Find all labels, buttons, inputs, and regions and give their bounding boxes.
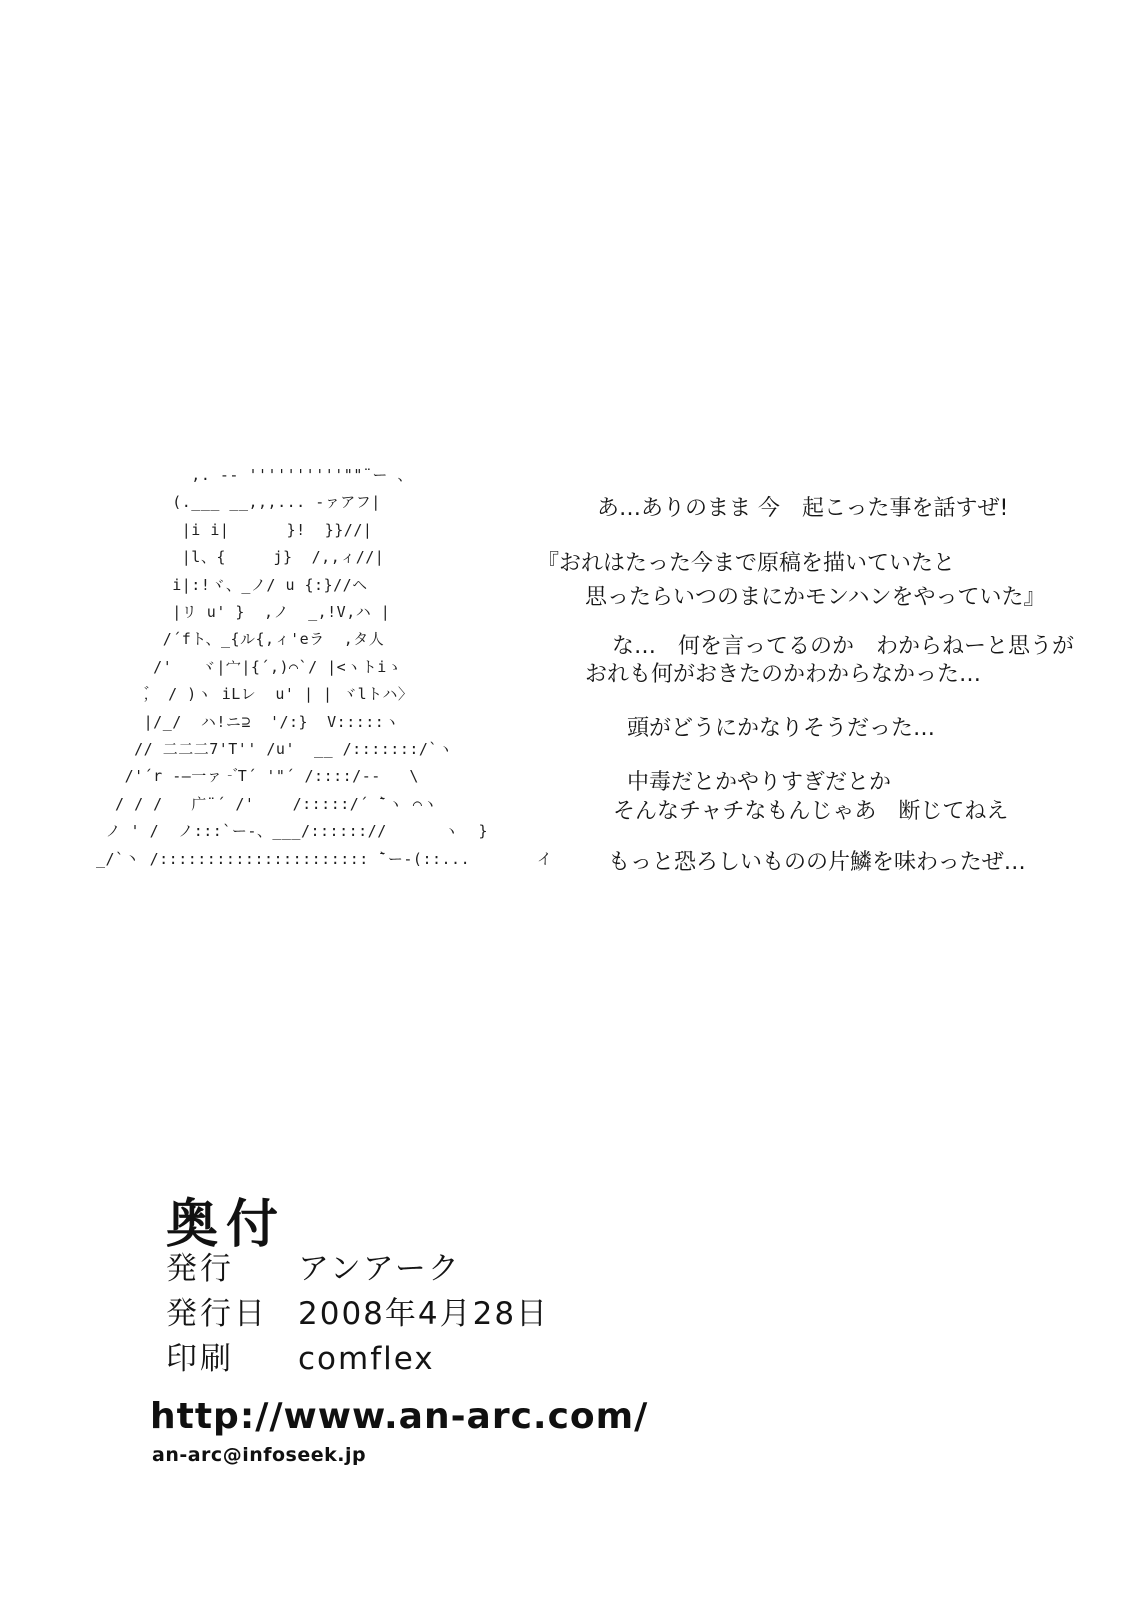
- colophon-entry-label: 発行日: [166, 1288, 298, 1333]
- joseph-joestar-ascii-art: ,. -- ''''''''''""¨ー 、 (.___ __,,,... -ァ…: [96, 462, 552, 873]
- dialogue-line: 思ったらいつのまにかモンハンをやっていた』: [585, 585, 1045, 611]
- colophon-entry-label: 印刷: [166, 1333, 298, 1378]
- dialogue-line: おれも何がおきたのかわからなかった…: [585, 662, 981, 688]
- dialogue-line: な… 何を言ってるのか わからねーと思うが: [612, 634, 1074, 660]
- colophon-entry-printer: 印刷 comflex: [166, 1333, 549, 1378]
- colophon-entry-value: 2008年4月28日: [298, 1288, 549, 1333]
- dialogue-line: もっと恐ろしいものの片鱗を味わったぜ…: [608, 850, 1026, 876]
- dialogue-line: そんなチャチなもんじゃあ 断じてねえ: [613, 799, 1008, 825]
- colophon-entry-publish-date: 発行日 2008年4月28日: [166, 1288, 549, 1333]
- colophon-entry-publisher: 発行 アンアーク: [166, 1243, 549, 1288]
- site-url: http://www.an-arc.com/: [150, 1396, 648, 1437]
- colophon-entry-value: comflex: [298, 1341, 435, 1377]
- colophon-entry-label: 発行: [166, 1243, 298, 1288]
- colophon-page: ,. -- ''''''''''""¨ー 、 (.___ __,,,... -ァ…: [0, 0, 1129, 1600]
- dialogue-line: 中毒だとかやりすぎだとか: [627, 770, 891, 796]
- dialogue-line: 『おれはたった今まで原稿を描いていたと: [537, 551, 955, 577]
- dialogue-line: あ…ありのまま 今 起こった事を話すぜ!: [597, 496, 1008, 522]
- colophon-entries: 発行 アンアーク 発行日 2008年4月28日 印刷 comflex: [166, 1243, 549, 1378]
- dialogue-line: 頭がどうにかなりそうだった…: [627, 716, 935, 742]
- colophon-entry-value: アンアーク: [298, 1243, 461, 1288]
- contact-email: an-arc@infoseek.jp: [152, 1444, 366, 1466]
